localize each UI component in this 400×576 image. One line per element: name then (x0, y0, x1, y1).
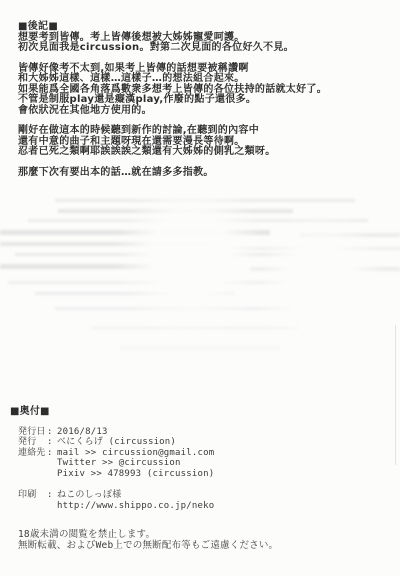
afterword-paragraph: 剛好在做這本的時候聽到新作的討論,在聽到的內容中 還有中意的曲子和主題呀現在還需… (18, 126, 392, 158)
afterword-line: 和大姊姊這樣、這樣…這樣子…的想法組合起來。 (18, 74, 392, 85)
afterword-line: 那麼下次有要出本的話…就在請多多指教。 (18, 168, 392, 179)
colophon-value: mail >> circussion@gmail.com (57, 448, 214, 459)
colophon-colon: : (47, 437, 57, 448)
colophon-row-printer: 印刷:ねこのしっぽ様 (18, 490, 392, 501)
colophon-row-publisher: 発行:べにくらげ (circussion) (18, 437, 392, 448)
colophon-row-contact-pixiv: Pixiv >> 478993 (circussion) (18, 469, 392, 480)
afterword-section: ■後記■ 想要考到皆傳。考上皆傳後想被大姊姊寵愛呵護。 初次見面我是circus… (18, 22, 392, 178)
colophon-colon (47, 501, 57, 512)
afterword-line: 初次見面我是circussion。對第二次見面的各位好久不見。 (18, 43, 392, 54)
afterword-line: 不管是制服play還是癡漢play,作廢的點子還很多。 (18, 95, 392, 106)
colophon-value: べにくらげ (circussion) (57, 437, 176, 448)
legal-notices: 18歳未満の閲覧を禁止します。 無断転載、およびWeb上での無断配布等もご遠慮く… (18, 529, 392, 551)
colophon-title: ■奥付■ (10, 407, 392, 418)
colophon-colon: : (47, 490, 57, 501)
colophon-row-contact-mail: 連絡先:mail >> circussion@gmail.com (18, 448, 392, 459)
afterword-line: 忍者已死之類啊耶誒誒誒之類還有大姊姊的側乳之類呀。 (18, 147, 392, 158)
colophon-value: 2016/8/13 (57, 427, 108, 438)
colophon-label (18, 469, 47, 480)
colophon-label (18, 458, 47, 469)
scanned-doujin-page: ■後記■ 想要考到皆傳。考上皆傳後想被大姊姊寵愛呵護。 初次見面我是circus… (0, 0, 400, 576)
bleedthrough-artwork (0, 195, 400, 420)
colophon-label: 発行 (18, 437, 47, 448)
colophon-label: 印刷 (18, 490, 47, 501)
age-restriction-notice: 18歳未満の閲覧を禁止します。 (18, 529, 392, 540)
colophon-colon: : (47, 448, 57, 459)
afterword-title: ■後記■ (18, 22, 392, 33)
colophon-label (18, 501, 47, 512)
afterword-paragraph: 那麼下次有要出本的話…就在請多多指教。 (18, 168, 392, 179)
colophon-row-contact-twitter: Twitter >> @circussion (18, 458, 392, 469)
afterword-line: 剛好在做這本的時候聽到新作的討論,在聽到的內容中 (18, 126, 392, 137)
colophon-colon (47, 469, 57, 480)
scan-edge-artifact (395, 325, 396, 465)
colophon-colon (47, 458, 57, 469)
afterword-paragraph: 皆傳好像考不太到,如果考上皆傳的話想要被稱讚啊 和大姊姊這樣、這樣…這樣子…的想… (18, 64, 392, 117)
afterword-line: 會依狀況在其他地方使用的。 (18, 106, 392, 117)
colophon-row-publish-date: 発行日:2016/8/13 (18, 427, 392, 438)
colophon-label: 連絡先 (18, 448, 47, 459)
colophon-label: 発行日 (18, 427, 47, 438)
colophon-value: Pixiv >> 478993 (circussion) (57, 469, 214, 480)
colophon-colon: : (47, 427, 57, 438)
colophon-value: ねこのしっぽ様 (57, 490, 121, 501)
colophon-row-printer-url: http://www.shippo.co.jp/neko (18, 501, 392, 512)
colophon-section: ■奥付■ 発行日:2016/8/13 発行:べにくらげ (circussion)… (10, 407, 392, 551)
colophon-value: http://www.shippo.co.jp/neko (57, 501, 214, 512)
colophon-value: Twitter >> @circussion (57, 458, 181, 469)
no-reproduction-notice: 無断転載、およびWeb上での無断配布等もご遠慮ください。 (18, 540, 392, 551)
afterword-paragraph: 想要考到皆傳。考上皆傳後想被大姊姊寵愛呵護。 初次見面我是circussion。… (18, 33, 392, 54)
